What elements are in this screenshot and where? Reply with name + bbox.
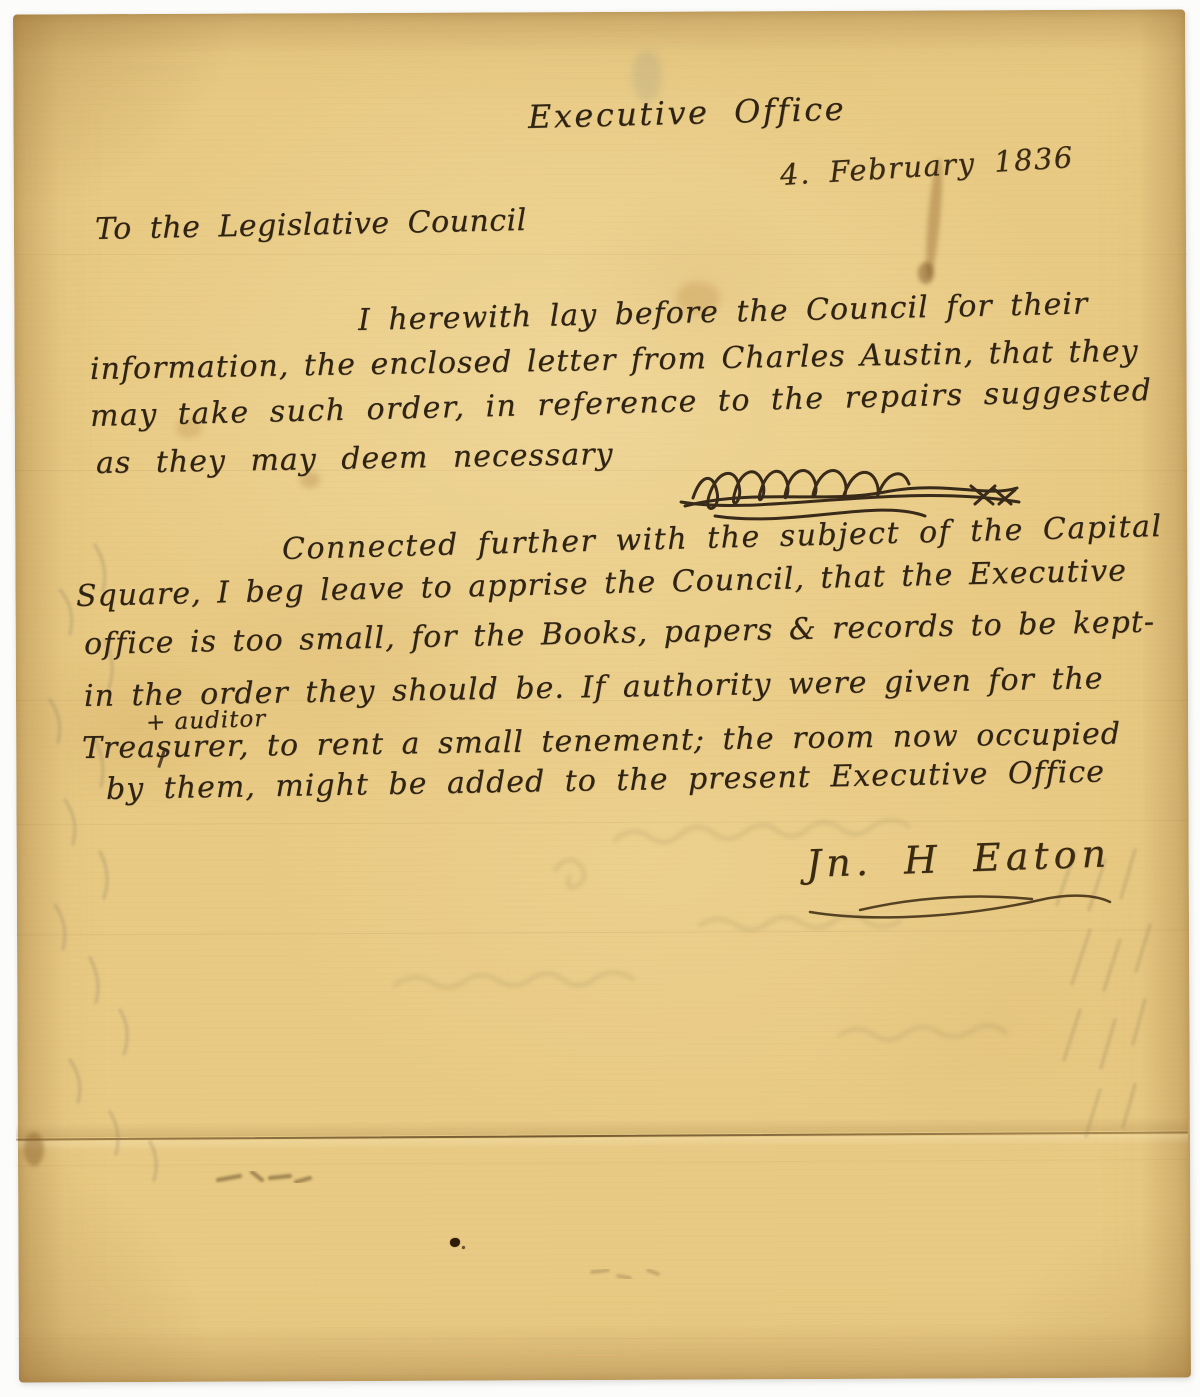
signature-flourish bbox=[800, 882, 1120, 926]
dark-smudge-marks bbox=[218, 1172, 310, 1182]
faint-marks-bottom bbox=[592, 1270, 658, 1278]
struck-signature-scribble bbox=[675, 458, 1025, 522]
